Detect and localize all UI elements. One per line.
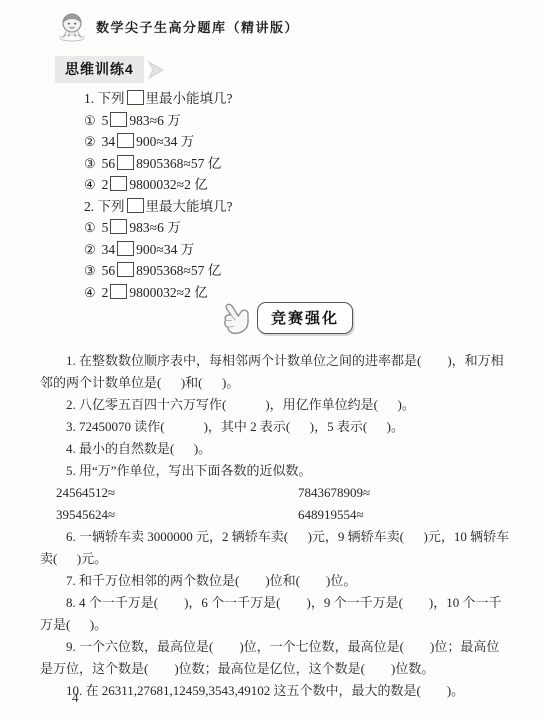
q5-approximation-grid: 24564512≈ 7843678909≈ 39545624≈ 64891955… (40, 482, 512, 526)
item-post: 900≈34 万 (136, 134, 194, 149)
fill-in-item: ④29800032≈2 亿 (40, 174, 520, 196)
item-circled-number: ① (84, 113, 96, 128)
item-post: 9800032≈2 亿 (129, 285, 207, 300)
item-pre: 34 (102, 134, 116, 149)
q5-number: 24564512≈ (56, 482, 298, 504)
question: 10. 在 26311,27681,12459,3543,49102 这五个数中… (40, 680, 512, 702)
thumbs-up-hand-icon (222, 300, 252, 336)
question: 3. 72450070 读作( )，其中 2 表示( )，5 表示( )。 (40, 416, 512, 438)
question-text: 里最小能填几? (146, 91, 233, 106)
q5-number: 39545624≈ (56, 504, 298, 526)
section-header: 思维训练4 (55, 56, 171, 83)
item-post: 8905368≈57 亿 (136, 263, 221, 278)
section-badge: 思维训练4 (55, 56, 144, 83)
question: 7. 和千万位相邻的两个数位是( )位和( )位。 (40, 570, 512, 592)
contest-banner: 竞赛强化 (222, 300, 353, 336)
question: 6. 一辆轿车卖 3000000 元，2 辆轿车卖( )元，9 辆轿车卖( )元… (40, 526, 512, 570)
blank-square-icon (110, 176, 127, 191)
item-pre: 56 (102, 263, 116, 278)
item-circled-number: ① (84, 220, 96, 235)
blank-square-icon (117, 155, 134, 170)
item-pre: 5 (102, 113, 109, 128)
question-text: 1. 下列 (84, 91, 125, 106)
fill-in-item: ②34900≈34 万 (40, 131, 520, 153)
question: 1. 在整数数位顺序表中，每相邻两个计数单位之间的进率都是( )，和万相邻的两个… (40, 350, 512, 394)
question-max-heading: 2. 下列里最大能填几? (40, 196, 520, 218)
page-number: 4 (72, 690, 79, 706)
blank-square-icon (110, 284, 127, 299)
item-post: 983≈6 万 (129, 220, 180, 235)
item-circled-number: ④ (84, 285, 96, 300)
item-post: 8905368≈57 亿 (136, 156, 221, 171)
item-circled-number: ③ (84, 263, 96, 278)
book-title: 数学尖子生高分题库（精讲版） (96, 17, 299, 36)
item-circled-number: ③ (84, 156, 96, 171)
question: 9. 一个六位数，最高位是( )位，一个七位数，最高位是( )位；最高位是万位，… (40, 636, 512, 680)
mascot-logo-icon (56, 11, 89, 42)
blank-square-icon (110, 112, 127, 127)
fill-in-item: ①5983≈6 万 (40, 110, 520, 132)
fill-in-item: ①5983≈6 万 (40, 217, 520, 239)
page-header: 数学尖子生高分题库（精讲版） (56, 11, 299, 42)
blank-square-icon (127, 198, 144, 213)
item-pre: 2 (102, 285, 109, 300)
q5-number: 648919554≈ (298, 504, 512, 526)
contest-badge-label: 竞赛强化 (257, 302, 353, 334)
blank-square-icon (127, 90, 144, 105)
question: 2. 八亿零五百四十六万写作( )，用亿作单位约是( )。 (40, 394, 512, 416)
item-pre: 5 (102, 220, 109, 235)
item-circled-number: ④ (84, 177, 96, 192)
item-post: 983≈6 万 (129, 113, 180, 128)
chevron-right-icon (147, 60, 171, 80)
item-circled-number: ② (84, 242, 96, 257)
thinking-training-section: 1. 下列里最小能填几? ①5983≈6 万 ②34900≈34 万 ③5689… (40, 88, 520, 303)
question-min-heading: 1. 下列里最小能填几? (40, 88, 520, 110)
item-pre: 2 (102, 177, 109, 192)
contest-section: 1. 在整数数位顺序表中，每相邻两个计数单位之间的进率都是( )，和万相邻的两个… (40, 350, 512, 702)
item-post: 9800032≈2 亿 (129, 177, 207, 192)
fill-in-item: ②34900≈34 万 (40, 239, 520, 261)
question: 5. 用“万”作单位，写出下面各数的近似数。 (40, 460, 512, 482)
q5-number: 7843678909≈ (298, 482, 512, 504)
question: 4. 最小的自然数是( )。 (40, 438, 512, 460)
question-text: 2. 下列 (84, 199, 125, 214)
question-text: 里最大能填几? (146, 199, 233, 214)
item-pre: 34 (102, 242, 116, 257)
blank-square-icon (117, 133, 134, 148)
item-circled-number: ② (84, 134, 96, 149)
blank-square-icon (117, 241, 134, 256)
fill-in-item: ③568905368≈57 亿 (40, 153, 520, 175)
blank-square-icon (117, 262, 134, 277)
item-pre: 56 (102, 156, 116, 171)
fill-in-item: ③568905368≈57 亿 (40, 260, 520, 282)
blank-square-icon (110, 219, 127, 234)
question: 8. 4 个一千万是( )，6 个一千万是( )，9 个一千万是( )，10 个… (40, 592, 512, 636)
item-post: 900≈34 万 (136, 242, 194, 257)
